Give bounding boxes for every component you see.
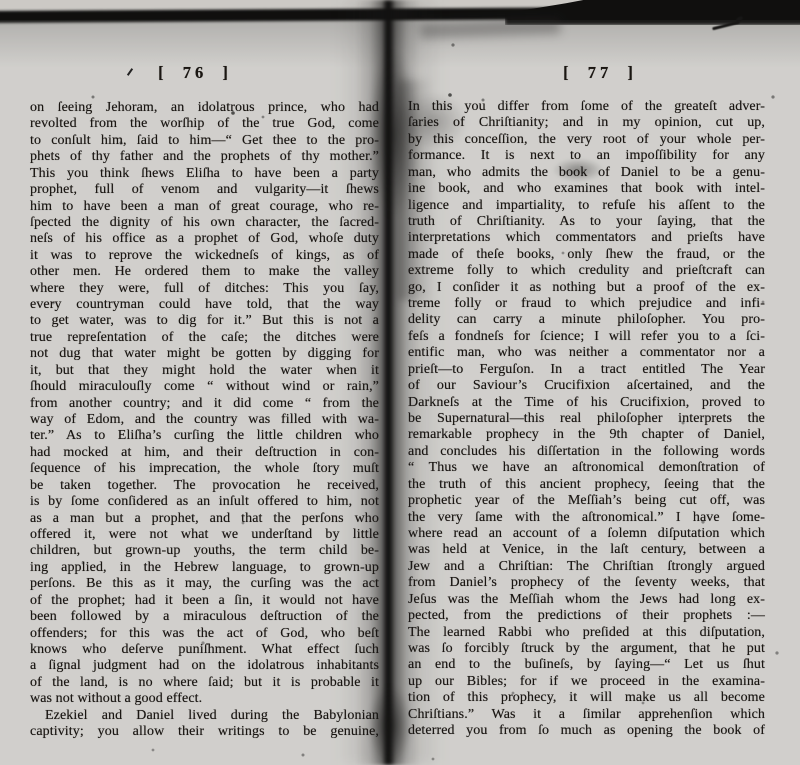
text-line: where they were, full of ditches: This y…	[30, 281, 379, 297]
text-line: ine book, and who examines that book wit…	[408, 181, 765, 197]
text-line: not dug that water might be gotten by di…	[30, 346, 379, 362]
text-line: way of Edom, and the country was filled …	[30, 412, 379, 428]
page-number-77: [ 77 ]	[430, 63, 770, 85]
text-line: neſs of his office as a prophet of God, …	[30, 231, 379, 247]
text-line: go, I conſider it as nothing but a proof…	[408, 280, 765, 296]
text-line: offenders; for this was the act of God, …	[30, 626, 379, 642]
text-line: from Daniel’s prophecy of the ſeventy we…	[408, 575, 765, 591]
text-line: be taken together. The provocation he re…	[30, 478, 379, 494]
text-line: remarkable prophecy in the 9th chapter o…	[408, 427, 765, 443]
text-line: from another country; and it did come “ …	[30, 396, 379, 412]
book-scan: [ 76 ] on ſeeing Jehoram, an idolatrous …	[0, 0, 800, 765]
text-line: on ſeeing Jehoram, an idolatrous prince,…	[30, 100, 379, 116]
text-line: revolted from the worſhip of the true Go…	[30, 116, 379, 132]
text-line: perſons. Be this as it may, the curſing …	[30, 576, 379, 592]
text-line: “ Thus we have an aſtronomical demonſtra…	[408, 460, 765, 476]
text-line: prophet, full of venom and vulgarity—it …	[30, 182, 379, 198]
text-line: where read an account of a ſolemn diſput…	[408, 526, 765, 542]
text-line: The learned Rabbi who preſided at this d…	[408, 625, 765, 641]
text-line: feſs a fondneſs for ſcience; I will refe…	[408, 329, 765, 345]
text-line: extreme folly to which credulity and pri…	[408, 263, 765, 279]
ink-blotch	[552, 158, 604, 182]
text-line: of the land, is no where ſaid; but it is…	[30, 675, 379, 691]
paper-specks	[0, 0, 2, 2]
text-line: as a man but a prophet, and that the per…	[30, 511, 379, 527]
text-line: it, but that they might hold the water w…	[30, 363, 379, 379]
text-line: other men. He ordered them to make the v…	[30, 264, 379, 280]
text-line: the truth of this ancient prophecy, ſeei…	[408, 477, 765, 493]
text-line: was held at Venice, in the laſt century,…	[408, 542, 765, 558]
ink-smudge	[398, 92, 468, 152]
text-line: is by ſome conſidered as an inſult offer…	[30, 494, 379, 510]
text-line: the very ſame with the aſtronomical.” I …	[408, 510, 765, 526]
text-line: be Supernatural—this real philoſopher in…	[408, 411, 765, 427]
text-line: ſequence of his imprecation, the whole ſ…	[30, 461, 379, 477]
text-line: him to have been a man of great courage,…	[30, 199, 379, 215]
text-line: every countryman could have told, that t…	[30, 297, 379, 313]
text-line: made of theſe books, only ſhew the fraud…	[408, 247, 765, 263]
text-line: had mocked at him, and their deſtruction…	[30, 445, 379, 461]
text-line: deterred you from ſo much as opening the…	[408, 723, 765, 739]
text-line: it was to reprove the wickedneſs of king…	[30, 248, 379, 264]
text-line: treme folly or fraud to which prejudice …	[408, 296, 765, 312]
text-line: tion of this prophecy, it will make us a…	[408, 690, 765, 706]
text-line: pected, from the predictions of their pr…	[408, 608, 765, 624]
text-line: an end to the buſineſs, by ſaying—“ Let …	[408, 657, 765, 673]
text-line: This you think ſhews Eliſha to have been…	[30, 166, 379, 182]
text-line: ing applied, in the Hebrew language, to …	[30, 560, 379, 576]
text-line: true repreſentation of the caſe; the dit…	[30, 330, 379, 346]
text-line: prieſt—to Ferguſon. In a tract entitled …	[408, 362, 765, 378]
page-77-text-column: In this you differ from ſome of the grea…	[408, 99, 765, 739]
text-line: ligence and impartiality, to refuſe his …	[408, 198, 765, 214]
text-line: of the prophet; had it been a ſin, it wo…	[30, 593, 379, 609]
text-line: ter.” As to Eliſha’s curſing the little …	[30, 428, 379, 444]
text-line: Jew and a Chriſtian: The Chriſtian ſtron…	[408, 559, 765, 575]
text-line: Darkneſs at the Time of his Crucifixion,…	[408, 395, 765, 411]
text-line: and concludes his diſſertation in the fo…	[408, 444, 765, 460]
text-line: Chriſtians.” Was it a ſimilar apprehenſi…	[408, 707, 765, 723]
text-line: knows who deſerve puniſhment. What effec…	[30, 642, 379, 658]
text-line: up our Bibles; for if we proceed in the …	[408, 674, 765, 690]
text-line: children, but grown-up youths, the term …	[30, 543, 379, 559]
text-line: ſpected the dignity of his own character…	[30, 215, 379, 231]
text-line: entific man, who was neither a commentat…	[408, 345, 765, 361]
text-line: ſhould miraculouſly come “ without wind …	[30, 379, 379, 395]
text-line: was ſo forcibly ſtruck by the argument, …	[408, 641, 765, 657]
text-line: Jeſus was the Meſſiah whom the Jews had …	[408, 592, 765, 608]
text-line: been followed by a miraculous deſtructio…	[30, 609, 379, 625]
page-76-text-column: on ſeeing Jehoram, an idolatrous prince,…	[30, 100, 379, 740]
text-line: a ſignal judgment had on the idolatrous …	[30, 658, 379, 674]
text-line: truth of Chriſtianity. As to your ſaying…	[408, 214, 765, 230]
text-line: phets of thy father and the prophets of …	[30, 149, 379, 165]
text-line: offered it, were not what we underſtand …	[30, 527, 379, 543]
text-line: delity can carry a minute philoſopher. Y…	[408, 312, 765, 328]
page-number-76: [ 76 ]	[30, 63, 360, 85]
gutter-bottom-shadow-blob	[368, 686, 412, 765]
text-line: of our Saviour’s Crucifixion aſcertained…	[408, 378, 765, 394]
text-line: interpretations which commentators and p…	[408, 230, 765, 246]
text-line: was not without a good effect.	[30, 691, 379, 707]
text-line: captivity; you allow their writings to b…	[30, 724, 379, 740]
text-line: to conſult him, ſaid to him—“ Get thee t…	[30, 133, 379, 149]
text-line: Ezekiel and Daniel lived during the Baby…	[30, 708, 379, 724]
text-line: prophetic year of the Meſſiah’s being cu…	[408, 493, 765, 509]
text-line: to get water, was to dig for it.” But th…	[30, 313, 379, 329]
